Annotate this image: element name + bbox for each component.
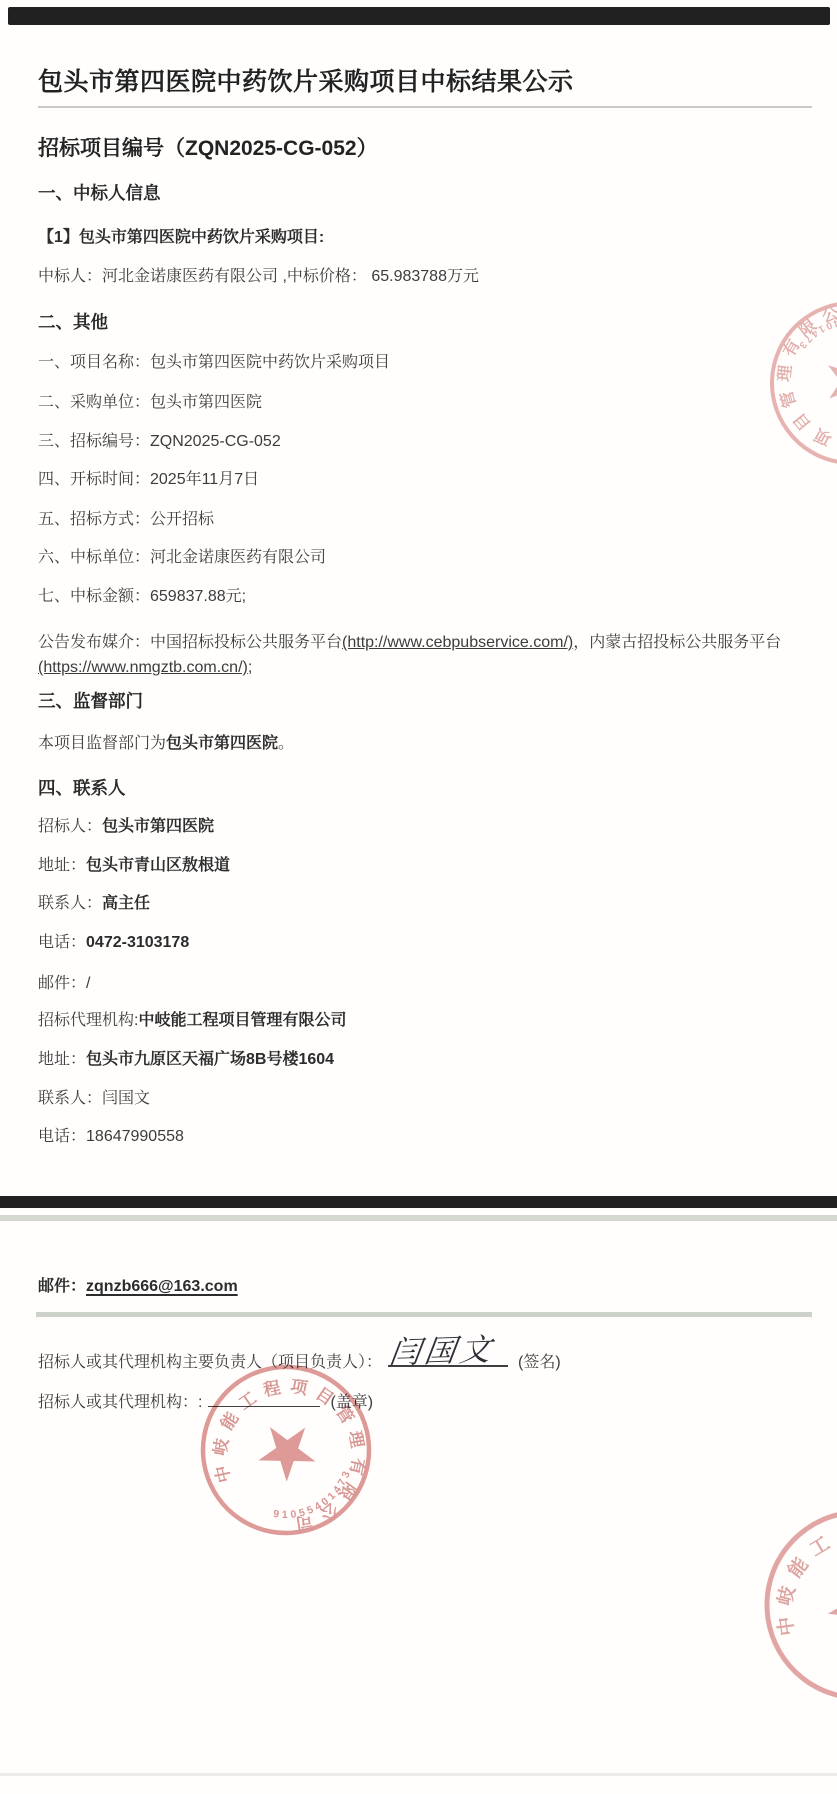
page-break-shadow-line (0, 1215, 837, 1221)
seal-suffix: (盖章) (330, 1394, 373, 1411)
supervision-department: 包头市第四医院 (166, 735, 278, 752)
company-seal-line: 招标人或其代理机构：:(盖章) (38, 1388, 373, 1412)
top-page-edge-bar (8, 7, 830, 25)
contact-label: 地址： (38, 857, 86, 874)
contact-label: 联系人： (38, 895, 102, 912)
footer-divider-rule (36, 1312, 812, 1317)
contact-value: 包头市第四医院 (102, 818, 214, 835)
contact-label: 联系人： (38, 1090, 102, 1107)
seal-label: 招标人或其代理机构：: (38, 1394, 202, 1411)
stamp-company-text: 中岐能工程项目管理有限公司 (765, 296, 837, 470)
contact-value: / (86, 975, 90, 992)
contact-row-agency-address: 地址：包头市九原区天福广场8B号楼1604 (38, 1046, 334, 1069)
item-winning-amount: 七、中标金额：659837.88元; (38, 583, 246, 606)
contact-row-email: 邮件：/ (38, 970, 90, 993)
contact-value: 闫国文 (102, 1090, 150, 1107)
contact-label: 招标人： (38, 818, 102, 835)
scanned-document-page: 包头市第四医院中药饮片采购项目中标结果公示 招标项目编号（ZQN2025-CG-… (0, 0, 837, 1794)
item-purchaser: 二、采购单位：包头市第四医院 (38, 389, 262, 412)
contact-value: 高主任 (102, 895, 150, 912)
project-number-line: 招标项目编号（ZQN2025-CG-052） (38, 132, 378, 162)
seal-field[interactable] (208, 1388, 320, 1407)
agency-stamp-bottom-left: 中岐能工程项目管理有限公司 91055401473 (196, 1360, 376, 1540)
agency-email-line: 邮件：zqnzb666@163.com (38, 1273, 238, 1296)
supervision-suffix: 。 (278, 735, 294, 752)
handwritten-signature: 闫国文 (387, 1322, 533, 1372)
media-link-nmgztb[interactable]: (https://www.nmgztb.com.cn/) (38, 659, 248, 676)
contact-row-agency-person: 联系人：闫国文 (38, 1085, 150, 1108)
svg-text:中岐能工程项目管理有限公司: 中岐能工程项目管理有限公司 (765, 296, 837, 470)
section3-heading: 三、监督部门 (38, 688, 143, 713)
title-underline (38, 106, 812, 108)
item-open-date: 四、开标时间：2025年11月7日 (38, 466, 259, 489)
signature-label: 招标人或其代理机构主要负责人（项目负责人）： (38, 1354, 382, 1371)
contact-value: 18647990558 (86, 1128, 184, 1145)
svg-text:91055401473: 91055401473 (790, 302, 837, 360)
svg-text:中岐能工程项目管理有限公司: 中岐能工程项目管理有限公司 (196, 1360, 376, 1540)
media-middle: ，内蒙古招投标公共服务平台 (573, 634, 781, 651)
email-link[interactable]: zqnzb666@163.com (86, 1278, 238, 1295)
media-prefix: 公告发布媒介：中国招标投标公共服务平台 (38, 634, 342, 651)
page-title: 包头市第四医院中药饮片采购项目中标结果公示 (38, 62, 574, 98)
contact-row-agency: 招标代理机构:中岐能工程项目管理有限公司 (38, 1007, 346, 1030)
media-link-cebpubservice[interactable]: (http://www.cebpubservice.com/) (342, 634, 573, 651)
item-project-name: 一、项目名称：包头市第四医院中药饮片采购项目 (38, 349, 390, 372)
contact-label: 电话： (38, 934, 86, 951)
stamp-star-icon (816, 1561, 837, 1647)
agency-stamp-bottom-right: 中岐能工程项目管理有限公司 91055401473 (760, 1505, 837, 1705)
stamp-star-icon (247, 1411, 325, 1488)
media-suffix: ; (248, 659, 252, 676)
stamp-company-text: 中岐能工程项目管理有限公司 (760, 1505, 837, 1705)
contact-row-phone: 电话：0472-3103178 (38, 929, 189, 952)
signature-field[interactable]: 闫国文 (388, 1347, 508, 1367)
signature-line: 招标人或其代理机构主要负责人（项目负责人）：闫国文(签名) (38, 1347, 561, 1372)
stamp-company-text: 中岐能工程项目管理有限公司 (196, 1360, 376, 1540)
section2-heading: 二、其他 (38, 309, 108, 334)
svg-text:91055401473: 91055401473 (267, 1458, 362, 1537)
item-winning-company: 六、中标单位：河北金诺康医药有限公司 (38, 544, 326, 567)
section1-heading: 一、中标人信息 (38, 180, 161, 205)
stamp-star-icon (819, 351, 837, 417)
contact-label: 邮件： (38, 975, 86, 992)
section4-heading: 四、联系人 (38, 775, 126, 800)
contact-row-agency-phone: 电话：18647990558 (38, 1123, 184, 1146)
item-tender-number: 三、招标编号：ZQN2025-CG-052 (38, 428, 281, 451)
supervision-prefix: 本项目监督部门为 (38, 735, 166, 752)
contact-row-address: 地址：包头市青山区敖根道 (38, 852, 230, 875)
contact-value: 包头市九原区天福广场8B号楼1604 (86, 1051, 334, 1068)
package-line: 【1】包头市第四医院中药饮片采购项目: (38, 224, 324, 247)
agency-stamp-top-right: 中岐能工程项目管理有限公司 91055401473 (765, 296, 837, 470)
supervision-line: 本项目监督部门为包头市第四医院。 (38, 730, 294, 753)
item-tender-method: 五、招标方式：公开招标 (38, 506, 214, 529)
announcement-media-paragraph: 公告发布媒介：中国招标投标公共服务平台(http://www.cebpubser… (38, 630, 810, 680)
contact-value: 包头市青山区敖根道 (86, 857, 230, 874)
email-label: 邮件： (38, 1278, 86, 1295)
contact-value: 中岐能工程项目管理有限公司 (138, 1012, 346, 1029)
stamp-code-text: 91055401473 (267, 1458, 362, 1537)
stamp-code-text: 91055401473 (790, 302, 837, 360)
winner-line: 中标人：河北金诺康医药有限公司 ,中标价格： 65.983788万元 (38, 263, 479, 286)
bottom-page-edge-line (0, 1773, 837, 1776)
contact-label: 电话： (38, 1128, 86, 1145)
page-break-bar (0, 1196, 837, 1208)
svg-text:中岐能工程项目管理有限公司: 中岐能工程项目管理有限公司 (760, 1505, 837, 1705)
contact-row-tenderer: 招标人：包头市第四医院 (38, 813, 214, 836)
contact-row-person: 联系人：高主任 (38, 890, 150, 913)
contact-value: 0472-3103178 (86, 934, 189, 951)
contact-label: 招标代理机构: (38, 1012, 138, 1029)
contact-label: 地址： (38, 1051, 86, 1068)
